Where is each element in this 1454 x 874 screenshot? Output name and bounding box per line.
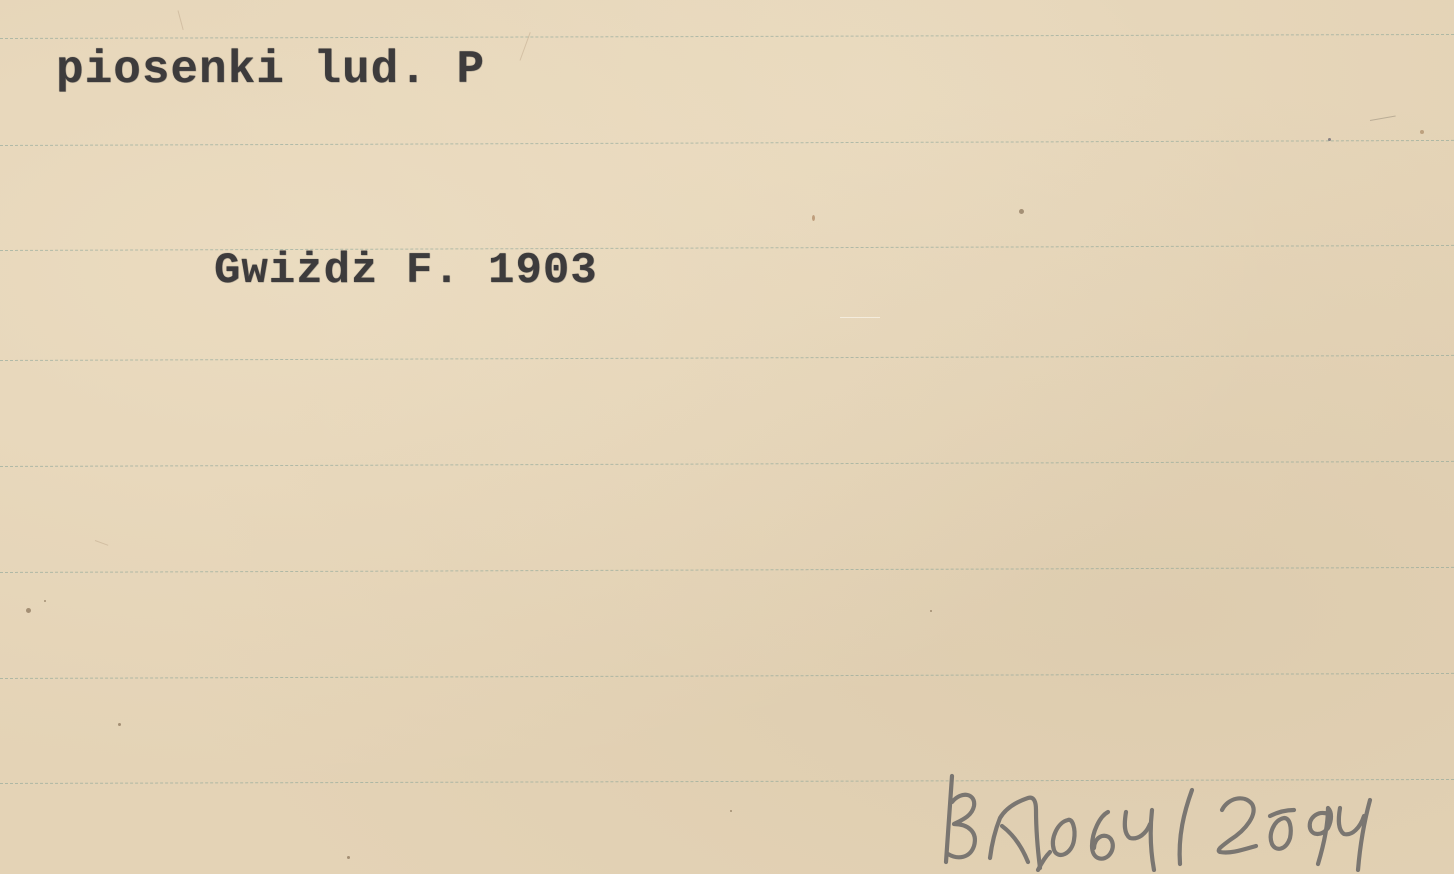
paper-speck: [44, 600, 46, 602]
catalog-card: piosenki lud. P Gwiżdż F. 1903 BN 064/20…: [0, 0, 1454, 874]
ruled-line: [0, 461, 1454, 467]
author-line: Gwiżdż F. 1903: [214, 244, 598, 298]
ruled-line: [0, 567, 1454, 573]
paper-speck: [26, 608, 31, 613]
paper-fiber: [95, 540, 108, 546]
paper-speck: [730, 810, 732, 812]
paper-speck: [347, 856, 350, 859]
paper-speck: [930, 610, 932, 612]
ruled-line: [0, 34, 1454, 39]
paper-speck: [118, 723, 121, 726]
pencil-handwriting-icon: [940, 772, 1380, 872]
paper-fiber: [840, 317, 880, 318]
ruled-line: [0, 140, 1454, 146]
handwritten-call-number: BN 064/2094: [940, 772, 1380, 872]
ruled-line: [0, 673, 1454, 679]
paper-speck: [1328, 138, 1331, 141]
paper-fiber: [1370, 115, 1396, 120]
paper-fiber: [178, 10, 184, 30]
paper-speck: [1019, 209, 1024, 214]
ruled-line: [0, 355, 1454, 361]
paper-speck: [1420, 130, 1424, 134]
paper-speck: [812, 215, 815, 221]
subject-heading: piosenki lud. P: [56, 42, 485, 98]
